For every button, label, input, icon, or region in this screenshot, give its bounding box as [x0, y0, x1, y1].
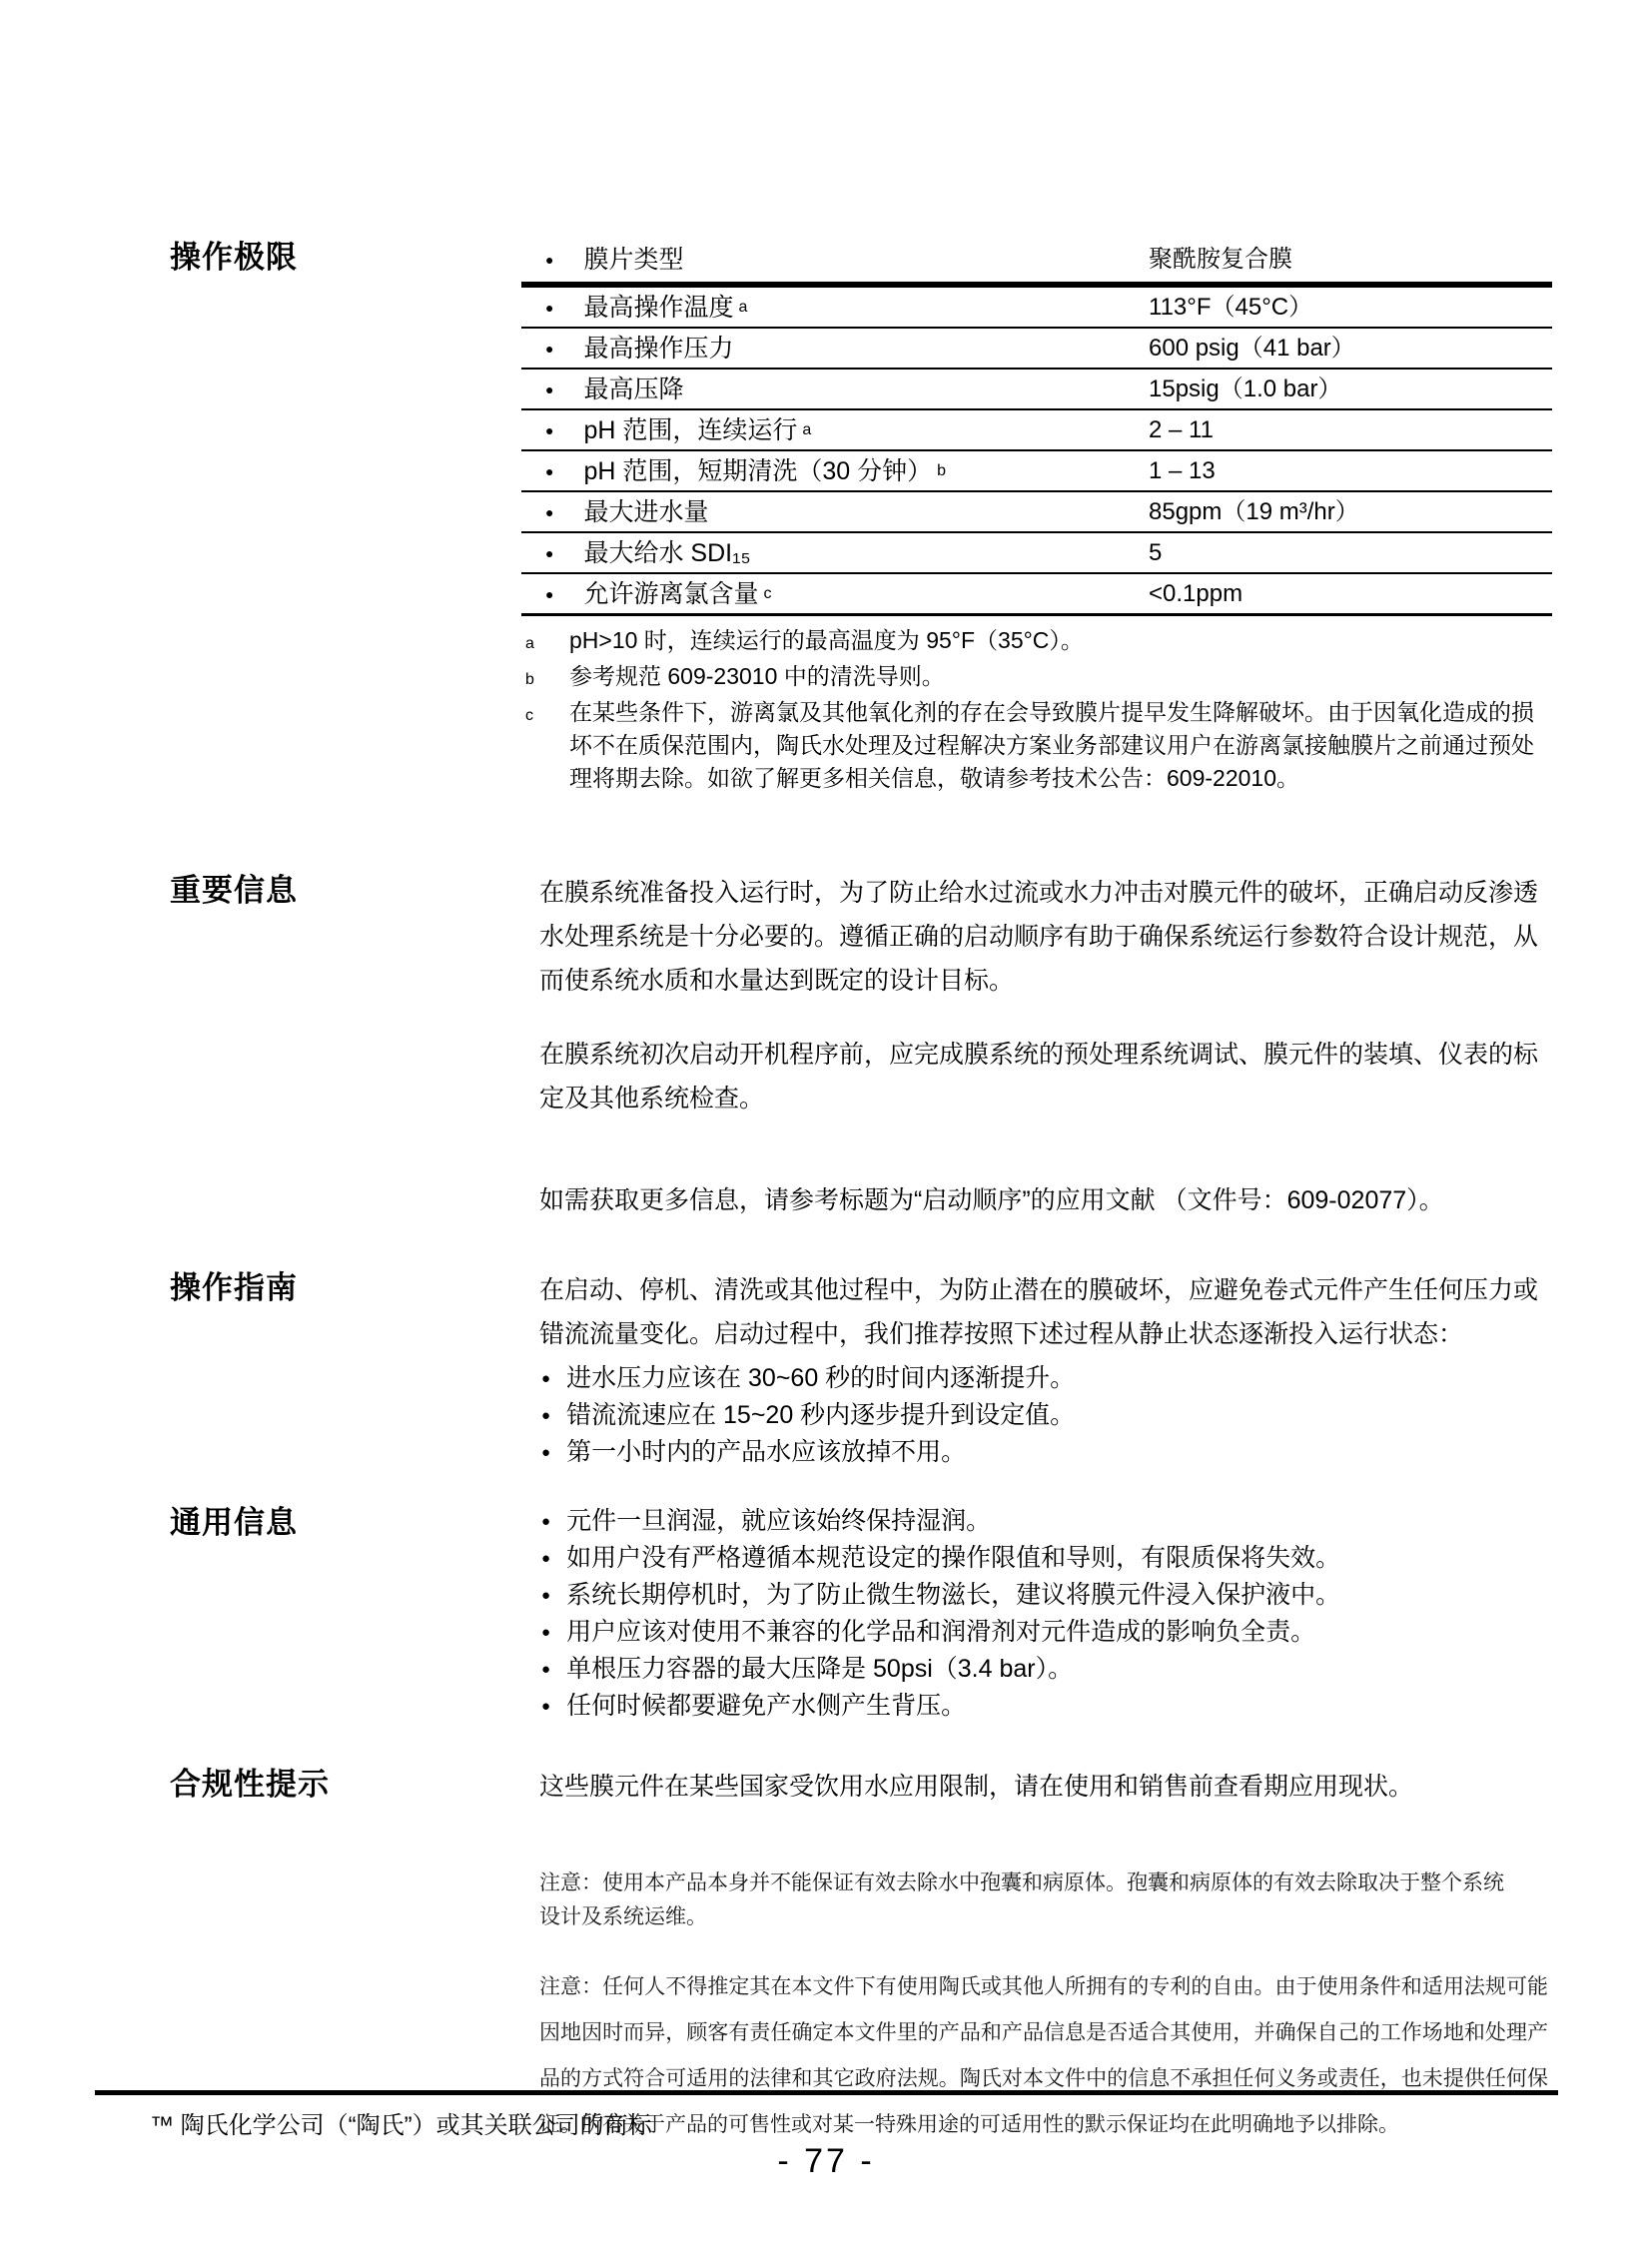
row-value: <0.1ppm [1149, 572, 1242, 616]
footnote: b 参考规范 609-23010 中的清洗导则。 [525, 660, 1552, 696]
table-row: ●膜片类型 聚酰胺复合膜 [521, 238, 1552, 288]
bullet-icon: ● [545, 327, 553, 371]
section-general-info: 通用信息 ●元件一旦润湿，就应该始终保持湿润。 ●如用户没有严格遵循本规范设定的… [170, 1503, 1552, 1725]
bullet-icon: ● [541, 1688, 550, 1725]
list-item-text: 第一小时内的产品水应该放掉不用。 [566, 1434, 966, 1471]
row-label: 最大进水量 [583, 490, 708, 534]
list-item: ●错流流速应在 15~20 秒内逐步提升到设定值。 [539, 1397, 1552, 1434]
paragraph: 这些膜元件在某些国家受饮用水应用限制，请在使用和销售前查看期应用现状。 [539, 1765, 1548, 1809]
list-item-text: 如用户没有严格遵循本规范设定的操作限值和导则，有限质保将失效。 [566, 1540, 1340, 1577]
row-value: 聚酰胺复合膜 [1149, 238, 1292, 282]
row-value: 600 psig（41 bar） [1149, 327, 1355, 371]
operating-guide-content: 在启动、停机、清洗或其他过程中，为防止潜在的膜破坏，应避免卷式元件产生任何压力或… [539, 1268, 1552, 1471]
bullet-icon: ● [541, 1614, 550, 1651]
row-label: pH 范围，短期清洗（30 分钟） [583, 449, 932, 493]
list-item-text: 用户应该对使用不兼容的化学品和润滑剂对元件造成的影响负全责。 [566, 1614, 1315, 1651]
paragraph: 在膜系统初次启动开机程序前，应完成膜系统的预处理系统调试、膜元件的装填、仪表的标… [539, 1033, 1548, 1121]
trademark-line: ™ 陶氏化学公司（“陶氏”）或其关联公司的商标 [150, 2105, 1652, 2140]
bullet-icon: ● [545, 531, 553, 575]
list-item: ●进水压力应该在 30~60 秒的时间内逐渐提升。 [539, 1360, 1552, 1397]
operating-limits-content: ●膜片类型 聚酰胺复合膜 ●最高操作温度a 113°F（45°C） ●最高操作压… [539, 238, 1552, 795]
footnote: c 在某些条件下，游离氯及其他氧化剂的存在会导致膜片提早发生降解破坏。由于因氧化… [525, 696, 1552, 795]
table-row: ●最大进水量 85gpm（19 m³/hr） [521, 492, 1552, 533]
paragraph: 在膜系统准备投入运行时，为了防止给水过流或水力冲击对膜元件的破坏，正确启动反渗透… [539, 871, 1548, 1003]
important-info-content: 在膜系统准备投入运行时，为了防止给水过流或水力冲击对膜元件的破坏，正确启动反渗透… [539, 871, 1552, 1222]
bullet-icon: ● [541, 1360, 550, 1397]
section-title-important-info: 重要信息 [170, 871, 539, 1222]
footer-divider [95, 2090, 1558, 2095]
bullet-icon: ● [545, 368, 553, 411]
section-title-compliance-notice: 合规性提示 [170, 1765, 539, 1809]
row-label: 膜片类型 [583, 238, 683, 282]
paragraph: 如需获取更多信息，请参考标题为“启动顺序”的应用文献 （文件号：609-0207… [539, 1178, 1548, 1222]
row-label: 最高操作温度 [583, 286, 733, 330]
list-item: ●如用户没有严格遵循本规范设定的操作限值和导则，有限质保将失效。 [539, 1540, 1552, 1577]
bullet-icon: ● [541, 1651, 550, 1688]
page-number: - 77 - [0, 2142, 1652, 2181]
row-value: 85gpm（19 m³/hr） [1149, 490, 1359, 534]
paragraph: 在启动、停机、清洗或其他过程中，为防止潜在的膜破坏，应避免卷式元件产生任何压力或… [539, 1268, 1548, 1356]
footnote: a pH>10 时，连续运行的最高温度为 95°F（35°C）。 [525, 624, 1552, 660]
bullet-icon: ● [541, 1397, 550, 1434]
section-title-operating-limits: 操作极限 [170, 238, 539, 795]
list-item-text: 任何时候都要避免产水侧产生背压。 [566, 1688, 966, 1725]
bullet-icon: ● [541, 1577, 550, 1614]
bullet-icon: ● [545, 238, 553, 282]
bullet-icon: ● [541, 1540, 550, 1577]
limits-table: ●膜片类型 聚酰胺复合膜 ●最高操作温度a 113°F（45°C） ●最高操作压… [521, 238, 1552, 616]
row-label: 允许游离氯含量 [583, 572, 758, 616]
section-important-info: 重要信息 在膜系统准备投入运行时，为了防止给水过流或水力冲击对膜元件的破坏，正确… [170, 871, 1552, 1222]
list-item: ●第一小时内的产品水应该放掉不用。 [539, 1434, 1552, 1471]
bullet-icon: ● [545, 490, 553, 534]
list-item-text: 进水压力应该在 30~60 秒的时间内逐渐提升。 [566, 1360, 1075, 1397]
page-footer: ™ 陶氏化学公司（“陶氏”）或其关联公司的商标 - 77 - [0, 2090, 1652, 2181]
table-row: ●最高压降 15psig（1.0 bar） [521, 370, 1552, 410]
table-footnotes: a pH>10 时，连续运行的最高温度为 95°F（35°C）。 b 参考规范 … [525, 616, 1552, 795]
bullet-icon: ● [541, 1503, 550, 1540]
table-row: ●最高操作温度a 113°F（45°C） [521, 288, 1552, 329]
footnote-text: pH>10 时，连续运行的最高温度为 95°F（35°C）。 [569, 624, 1552, 660]
footnote-text: 参考规范 609-23010 中的清洗导则。 [569, 660, 1552, 696]
row-label: pH 范围，连续运行 [583, 408, 797, 452]
table-row: ●允许游离氯含量c <0.1ppm [521, 574, 1552, 616]
row-label: 最高压降 [583, 368, 683, 411]
list-item-text: 错流流速应在 15~20 秒内逐步提升到设定值。 [566, 1397, 1075, 1434]
list-item: ●单根压力容器的最大压降是 50psi（3.4 bar）。 [539, 1651, 1552, 1688]
section-title-operating-guide: 操作指南 [170, 1268, 539, 1471]
bullet-icon: ● [545, 449, 553, 493]
row-label: 最高操作压力 [583, 327, 733, 371]
compliance-notice-content: 这些膜元件在某些国家受饮用水应用限制，请在使用和销售前查看期应用现状。 [539, 1765, 1552, 1809]
table-row: ●最大给水 SDI₁₅ 5 [521, 533, 1552, 574]
list-item: ●元件一旦润湿，就应该始终保持湿润。 [539, 1503, 1552, 1540]
row-value: 1 – 13 [1149, 449, 1216, 493]
row-value: 5 [1149, 531, 1162, 575]
table-row: ●pH 范围，短期清洗（30 分钟）b 1 – 13 [521, 451, 1552, 492]
list-item: ●用户应该对使用不兼容的化学品和润滑剂对元件造成的影响负全责。 [539, 1614, 1552, 1651]
list-item: ●系统长期停机时，为了防止微生物滋长，建议将膜元件浸入保护液中。 [539, 1577, 1552, 1614]
bullet-icon: ● [545, 408, 553, 452]
footnote-marker: c [525, 696, 569, 795]
section-operating-guide: 操作指南 在启动、停机、清洗或其他过程中，为防止潜在的膜破坏，应避免卷式元件产生… [170, 1268, 1552, 1471]
bullet-icon: ● [541, 1434, 550, 1471]
bullet-icon: ● [545, 286, 553, 330]
document-page: 操作极限 ●膜片类型 聚酰胺复合膜 ●最高操作温度a 113°F（45°C） ●… [0, 0, 1652, 2242]
row-value: 15psig（1.0 bar） [1149, 368, 1341, 411]
list-item-text: 系统长期停机时，为了防止微生物滋长，建议将膜元件浸入保护液中。 [566, 1577, 1340, 1614]
row-value: 2 – 11 [1149, 408, 1214, 452]
section-operating-limits: 操作极限 ●膜片类型 聚酰胺复合膜 ●最高操作温度a 113°F（45°C） ●… [170, 238, 1552, 795]
row-label: 最大给水 SDI₁₅ [583, 531, 750, 575]
section-compliance-notice: 合规性提示 这些膜元件在某些国家受饮用水应用限制，请在使用和销售前查看期应用现状… [170, 1765, 1552, 1809]
general-info-content: ●元件一旦润湿，就应该始终保持湿润。 ●如用户没有严格遵循本规范设定的操作限值和… [539, 1503, 1552, 1725]
list-item-text: 元件一旦润湿，就应该始终保持湿润。 [566, 1503, 991, 1540]
bullet-icon: ● [545, 572, 553, 616]
footnote-text: 在某些条件下，游离氯及其他氧化剂的存在会导致膜片提早发生降解破坏。由于因氧化造成… [569, 696, 1552, 795]
row-value: 113°F（45°C） [1149, 286, 1312, 330]
footnote-marker: a [525, 624, 569, 660]
list-item: ●任何时候都要避免产水侧产生背压。 [539, 1688, 1552, 1725]
note-pathogens: 注意：使用本产品本身并不能保证有效去除水中孢囊和病原体。孢囊和病原体的有效去除取… [539, 1867, 1513, 1934]
table-row: ●pH 范围，连续运行a 2 – 11 [521, 410, 1552, 451]
list-item-text: 单根压力容器的最大压降是 50psi（3.4 bar）。 [566, 1651, 1073, 1688]
section-title-general-info: 通用信息 [170, 1503, 539, 1725]
footnote-marker: b [525, 660, 569, 696]
table-row: ●最高操作压力 600 psig（41 bar） [521, 329, 1552, 370]
